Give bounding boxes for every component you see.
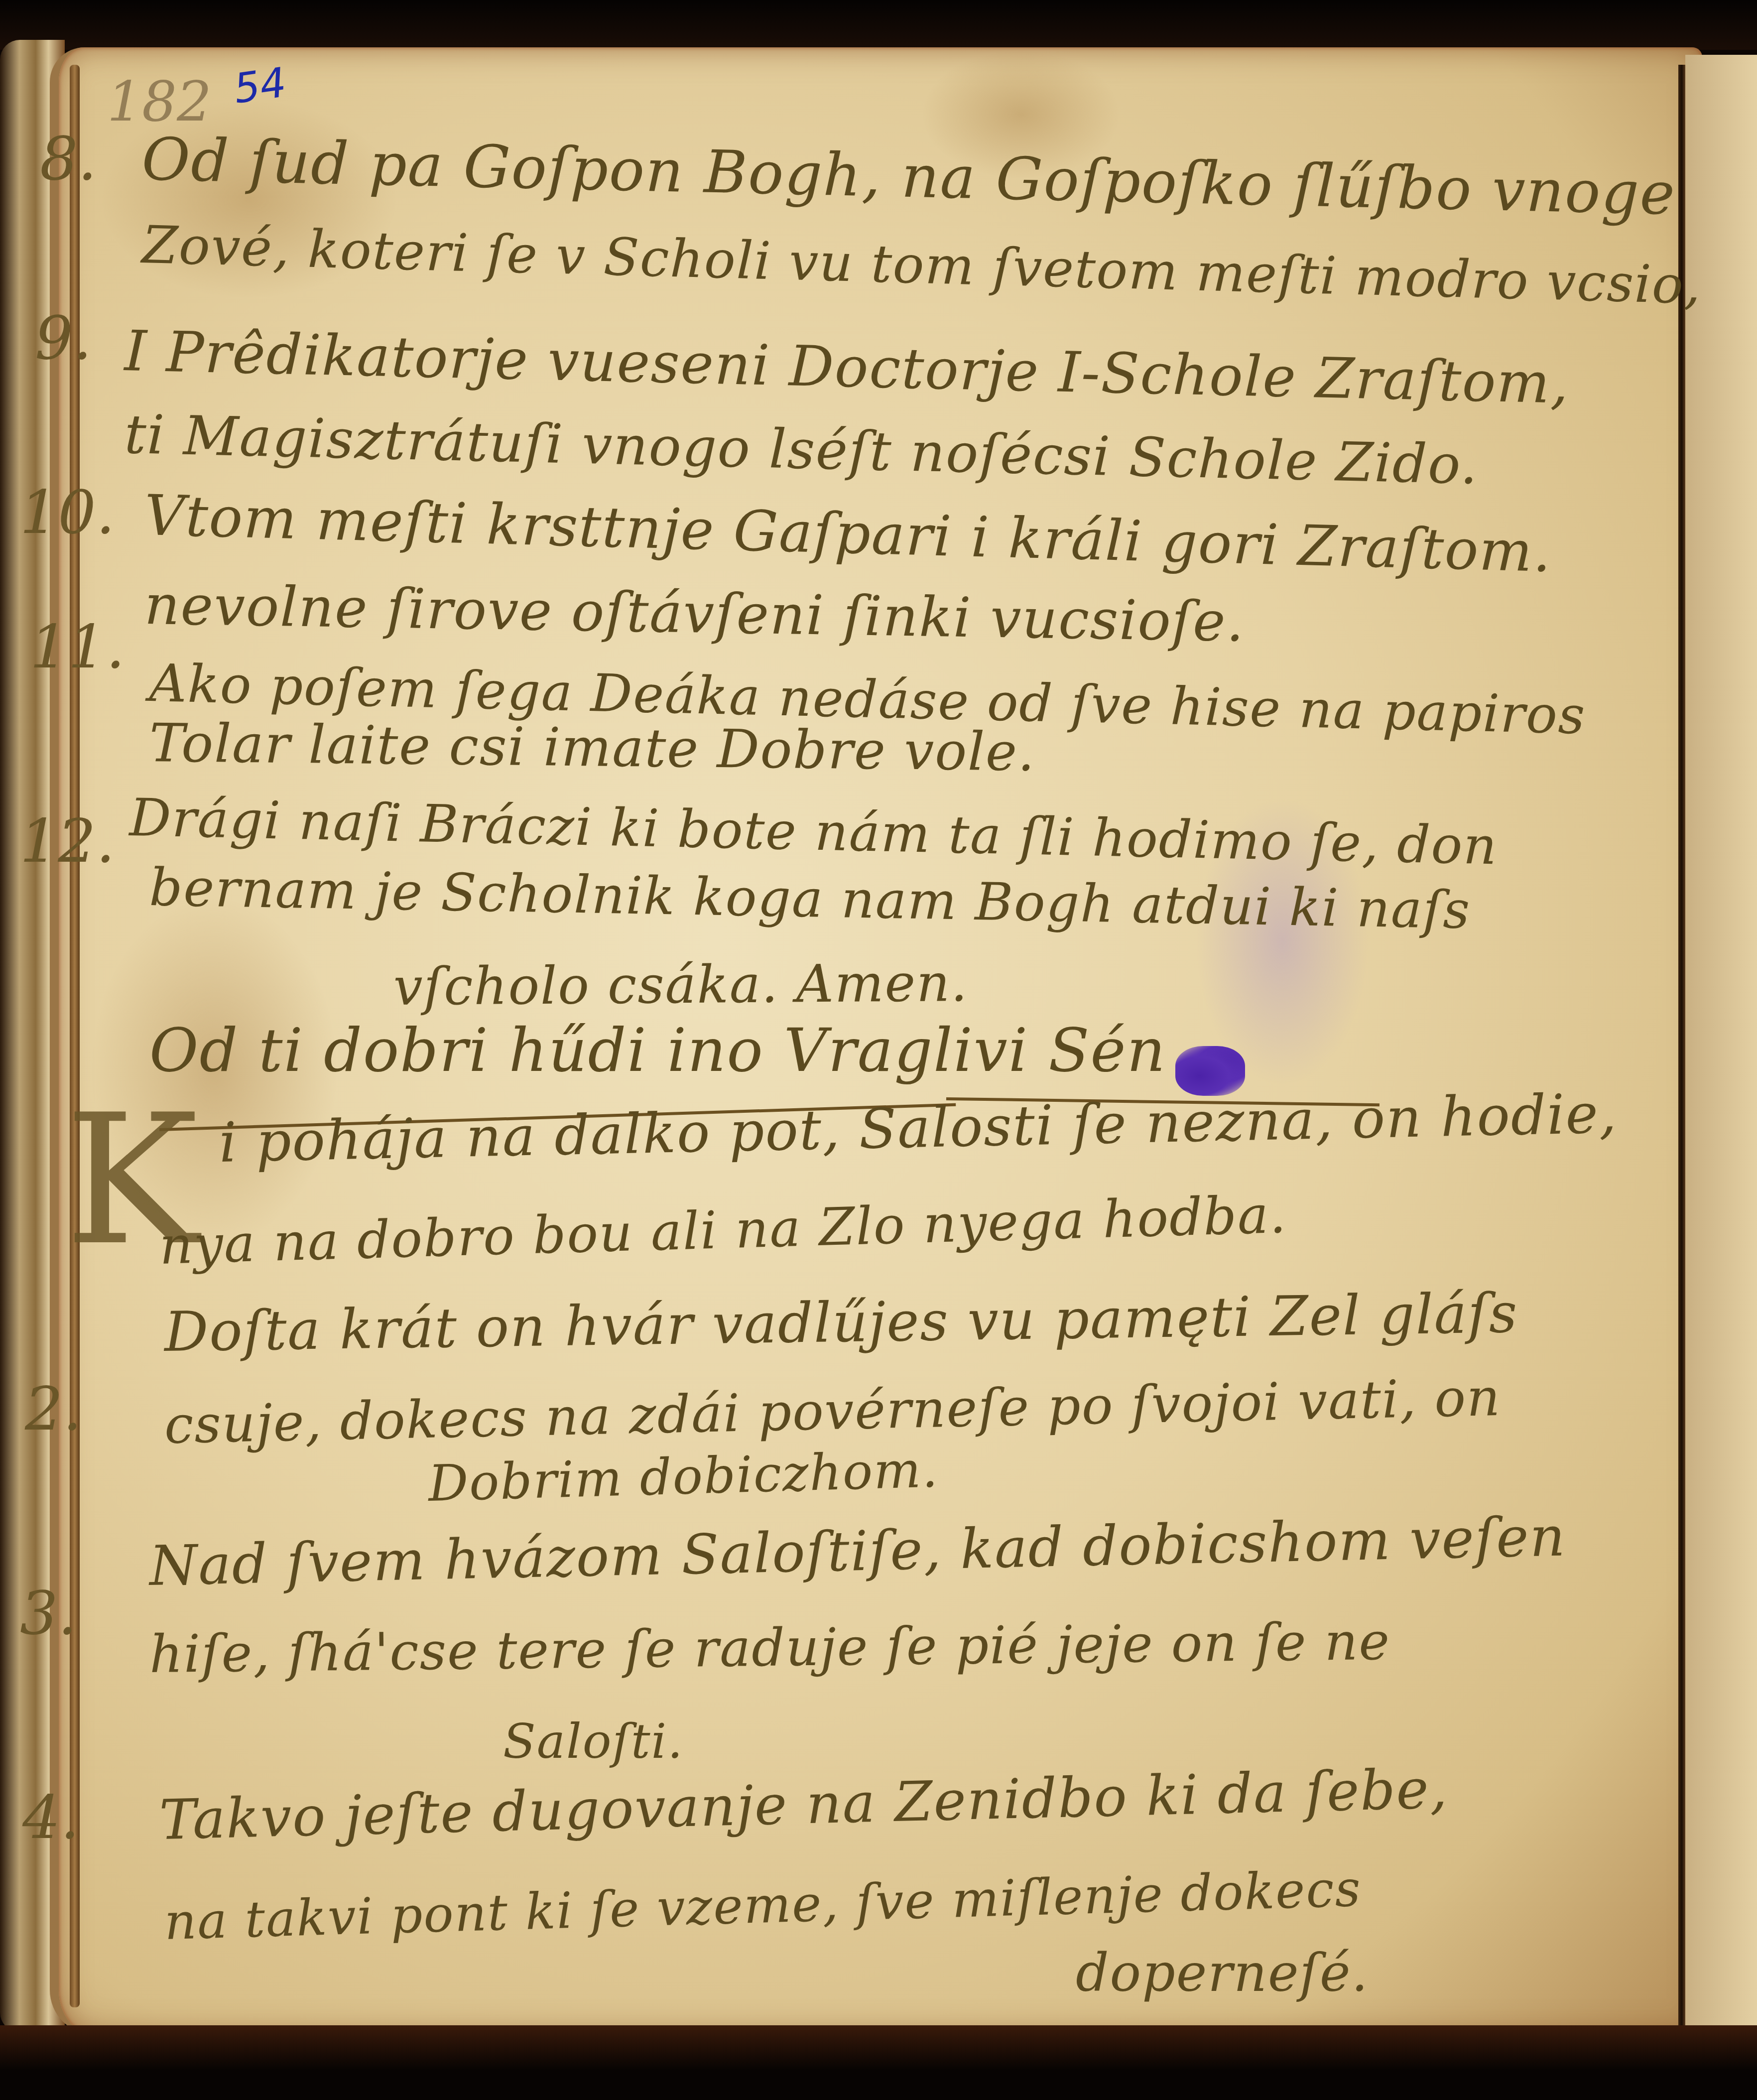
manuscript-scan: 182 54 8. 9. 10. 11. 12. Od ſud pa Goſpo… — [0, 0, 1757, 2100]
line-number: 9. — [35, 304, 92, 373]
next-page-edge — [1685, 55, 1757, 2027]
line-number: 2. — [25, 1375, 82, 1444]
purple-ink-blot — [1175, 1046, 1245, 1096]
book-binding-top — [0, 0, 1757, 50]
folio-number: 54 — [231, 59, 289, 113]
line-number: 12. — [20, 807, 115, 876]
line-number: 3. — [20, 1579, 77, 1648]
line-number: 10. — [20, 478, 115, 547]
manuscript-line: hiſe, ſhá'cse tere ſe raduje ſe pié jeje… — [149, 1611, 1390, 1685]
manuscript-line: vſcholo csáka. Amen. — [393, 952, 969, 1017]
line-number: 4. — [22, 1783, 80, 1852]
section-heading: Od ti dobri hűdi ino Vraglivi Sén — [149, 1016, 1166, 1085]
page-fold — [1678, 65, 1685, 2037]
manuscript-line: Tolar laite csi imate Dobre vole. — [149, 712, 1036, 783]
book-binding-bottom — [0, 2025, 1757, 2100]
old-folio-mark: 182 — [107, 70, 212, 133]
line-number: 8. — [40, 125, 97, 194]
line-number: 11. — [30, 613, 125, 682]
manuscript-line: Saloſti. — [503, 1713, 684, 1769]
manuscript-line: doperneſé. — [1076, 1943, 1369, 2003]
